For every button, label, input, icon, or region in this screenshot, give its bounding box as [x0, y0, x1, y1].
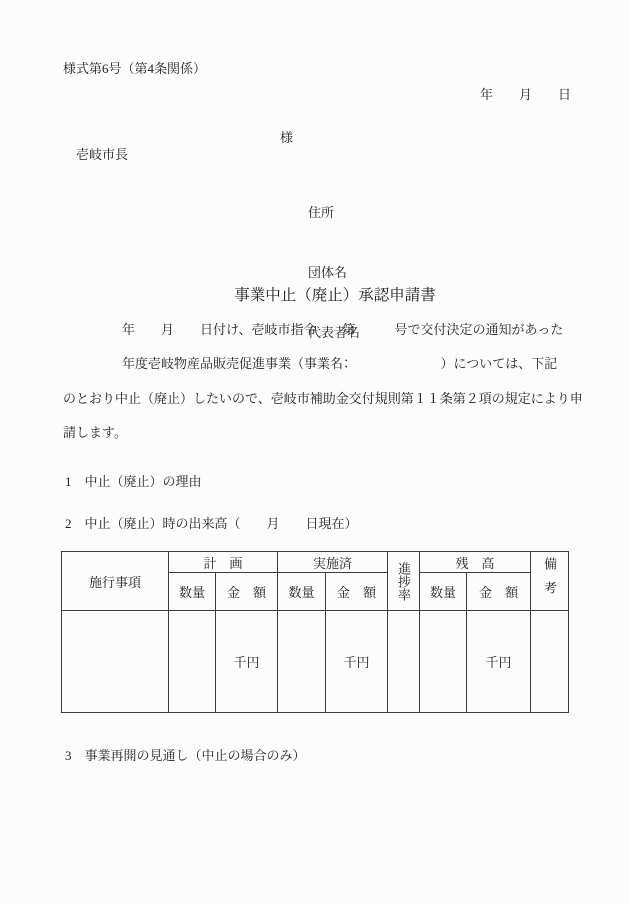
section-1-heading: 1 中止（廃止）の理由 — [65, 473, 202, 490]
cell-implemented-quantity — [278, 611, 326, 713]
date-placeholder: 年 月 日 — [480, 86, 571, 103]
form-number: 様式第6号（第4条関係） — [63, 60, 206, 77]
header-plan-quantity: 数量 — [169, 573, 216, 611]
addressee-honorific: 様 — [280, 129, 293, 146]
header-plan-amount: 金 額 — [216, 573, 278, 611]
document-title: 事業中止（廃止）承認申請書 — [40, 287, 630, 304]
cell-progress-rate — [388, 611, 420, 713]
header-group-remaining: 残 高 — [420, 552, 531, 573]
applicant-block: 住所 団体名 代表者名 — [308, 170, 360, 384]
header-implemented-amount: 金 額 — [326, 573, 388, 611]
body-line-1: 年 月 日付け、壱岐市指令 第 号で交付決定の通知があった — [122, 321, 563, 338]
header-remaining-amount: 金 額 — [467, 573, 531, 611]
header-item: 施行事項 — [62, 552, 169, 611]
header-group-plan: 計 画 — [169, 552, 278, 573]
header-remarks: 備考 — [531, 552, 569, 611]
header-remaining-quantity: 数量 — [420, 573, 467, 611]
body-line-3: のとおり中止（廃止）したいので、壱岐市補助金交付規則第１１条第２項の規定により申 — [63, 390, 583, 407]
header-progress-rate: 進捗率 — [388, 552, 420, 611]
progress-table: 施行事項 計 画 実施済 進捗率 残 高 備考 数量 金 額 数量 金 額 数量… — [61, 551, 569, 713]
cell-implemented-amount-unit: 千円 — [326, 611, 388, 713]
cell-item — [62, 611, 169, 713]
cell-remaining-amount-unit: 千円 — [467, 611, 531, 713]
cell-remarks — [531, 611, 569, 713]
body-line-2: 年度壱岐物産品販売促進事業（事業名： ）については、下記 — [122, 355, 557, 372]
form-page: 様式第6号（第4条関係） 年 月 日 壱岐市長 様 住所 団体名 代表者名 事業… — [0, 0, 630, 903]
cell-plan-amount-unit: 千円 — [216, 611, 278, 713]
section-3-heading: 3 事業再開の見通し（中止の場合のみ） — [65, 747, 306, 764]
header-group-implemented: 実施済 — [278, 552, 388, 573]
body-line-4: 請します。 — [63, 424, 127, 441]
cell-plan-quantity — [169, 611, 216, 713]
cell-remaining-quantity — [420, 611, 467, 713]
address-label: 住所 — [308, 204, 360, 230]
section-2-heading: 2 中止（廃止）時の出来高（ 月 日現在） — [65, 515, 358, 532]
header-implemented-quantity: 数量 — [278, 573, 326, 611]
addressee-name: 壱岐市長 — [76, 147, 128, 162]
